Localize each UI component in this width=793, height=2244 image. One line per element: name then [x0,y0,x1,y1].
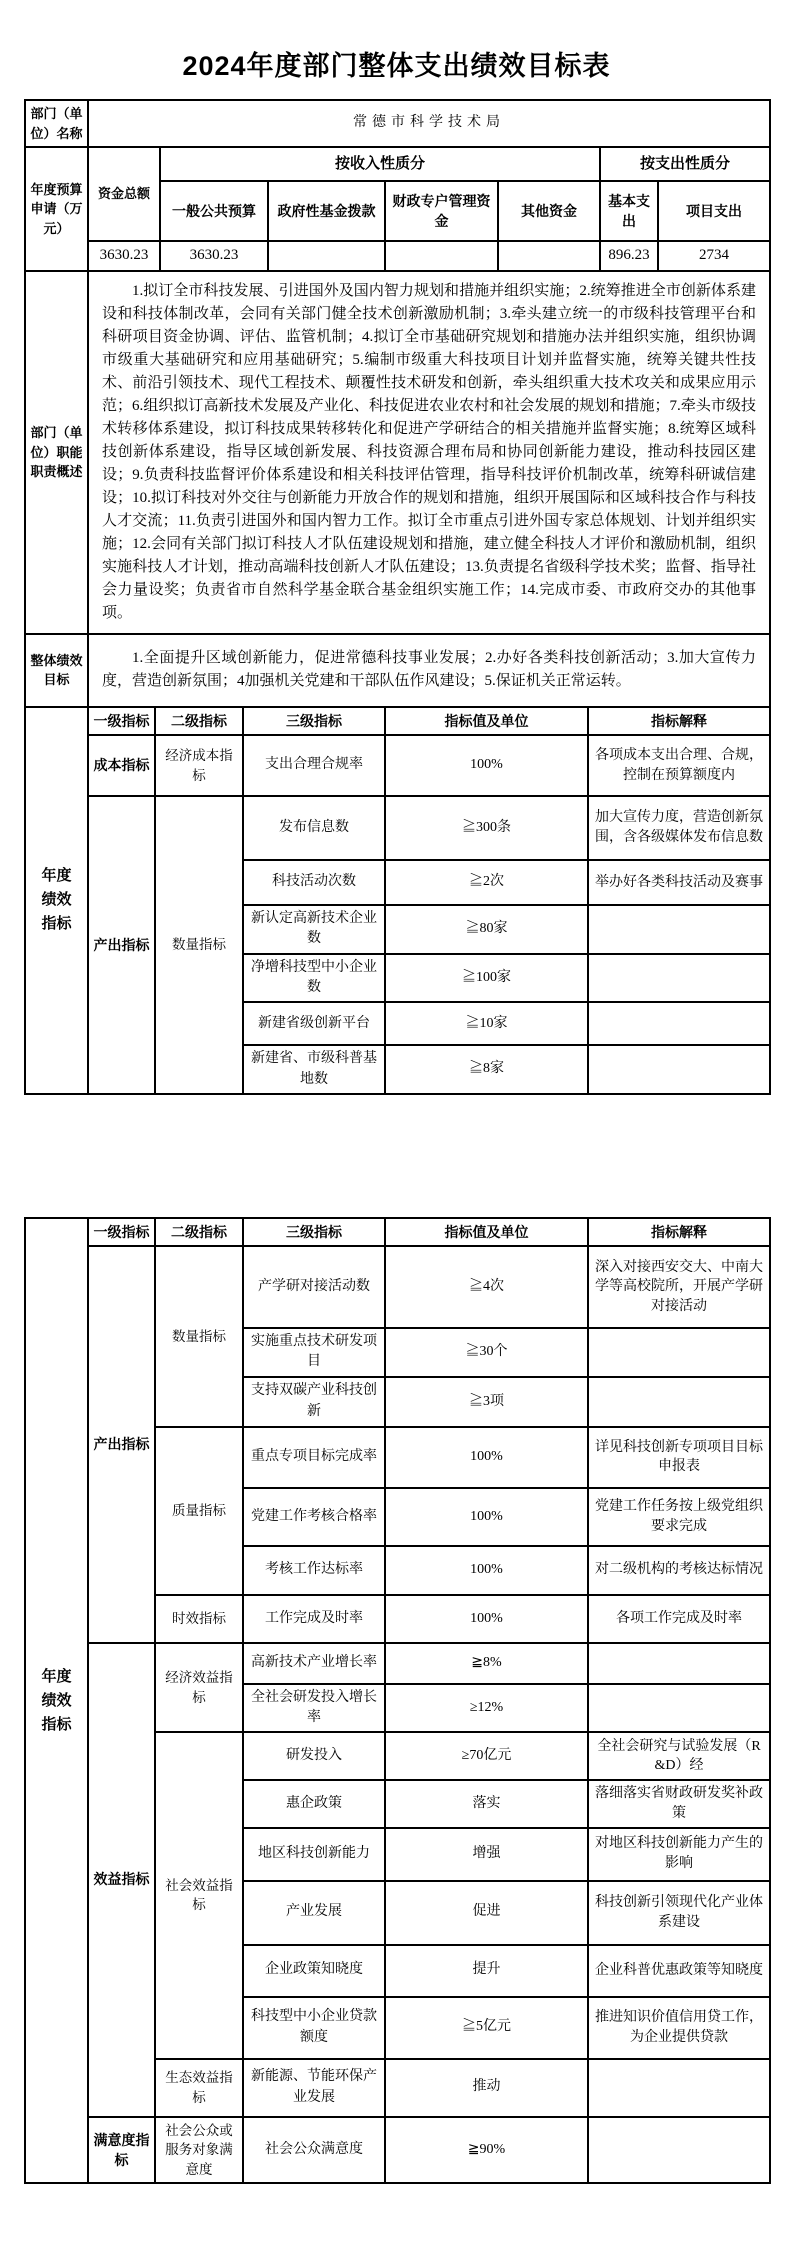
indicator-note [588,1377,770,1427]
indicator-l2: 质量指标 [155,1427,243,1595]
indicator-l3: 考核工作达标率 [243,1546,385,1595]
dept-name-label: 部门（单位）名称 [25,100,88,147]
indicator-l3: 新能源、节能环保产业发展 [243,2059,385,2117]
header-level2: 二级指标 [155,1218,243,1246]
budget-col-header-gov-fund: 政府性基金拨款 [268,181,385,241]
indicator-l3: 地区科技创新能力 [243,1828,385,1881]
indicator-l2: 生态效益指标 [155,2059,243,2117]
header-explanation: 指标解释 [588,707,770,735]
indicator-value: 100% [385,1546,588,1595]
budget-col-header-basic: 基本支出 [600,181,658,241]
header-explanation: 指标解释 [588,1218,770,1246]
indicator-note: 各项成本支出合理、合规，控制在预算额度内 [588,735,770,796]
indicator-l2: 经济效益指标 [155,1643,243,1733]
indicator-l3: 实施重点技术研发项目 [243,1328,385,1377]
annual-indicators-label: 年度绩效指标 [25,1218,88,2183]
budget-value-general: 3630.23 [160,241,268,271]
indicator-note: 详见科技创新专项项目目标申报表 [588,1427,770,1488]
indicator-l3: 惠企政策 [243,1780,385,1827]
table-row: 效益指标 经济效益指标 高新技术产业增长率 ≧8% [25,1643,770,1684]
indicator-value: ≧3项 [385,1377,588,1427]
indicator-l3: 支持双碳产业科技创新 [243,1377,385,1427]
indicator-note [588,1002,770,1045]
indicators-table-2: 年度绩效指标 一级指标 二级指标 三级指标 指标值及单位 指标解释 产出指标 数… [24,1217,771,2184]
indicator-l3: 新认定高新技术企业数 [243,905,385,954]
header-value-unit: 指标值及单位 [385,1218,588,1246]
indicator-l3: 高新技术产业增长率 [243,1643,385,1684]
indicator-value: ≧30个 [385,1328,588,1377]
indicator-value: 提升 [385,1945,588,1997]
dept-name-value: 常德市科学技术局 [88,100,770,147]
indicator-note [588,1684,770,1733]
indicator-note: 推进知识价值信用贷工作，为企业提供贷款 [588,1997,770,2059]
overall-goal-table: 整体绩效目标 1.全面提升区域创新能力，促进常德科技事业发展；2.办好各类科技创… [24,633,771,708]
indicator-l2: 社会效益指标 [155,1732,243,2058]
budget-value-other [498,241,600,271]
budget-col-header-general: 一般公共预算 [160,181,268,241]
indicator-note [588,1045,770,1094]
budget-value-project: 2734 [658,241,770,271]
overall-goal-label: 整体绩效目标 [25,634,88,707]
indicator-l3: 全社会研发投入增长率 [243,1684,385,1733]
indicator-value: 100% [385,1595,588,1643]
budget-expense-group-label: 按支出性质分 [600,147,770,181]
indicator-note [588,1328,770,1377]
indicator-value: 促进 [385,1881,588,1945]
indicator-value: 100% [385,1488,588,1546]
budget-value-fiscal-account [385,241,498,271]
indicator-l2: 经济成本指标 [155,735,243,796]
indicator-note: 对二级机构的考核达标情况 [588,1546,770,1595]
indicator-l3: 新建省级创新平台 [243,1002,385,1045]
indicator-l3: 净增科技型中小企业数 [243,954,385,1003]
header-level1: 一级指标 [88,707,155,735]
indicator-value: ≥12% [385,1684,588,1733]
budget-col-header-other: 其他资金 [498,181,600,241]
page-title: 2024年度部门整体支出绩效目标表 [24,44,769,83]
indicator-value: ≧2次 [385,860,588,905]
budget-table: 年度预算申请（万元） 资金总额 按收入性质分 按支出性质分 一般公共预算 政府性… [24,146,771,272]
indicator-note [588,1643,770,1684]
indicator-value: ≧8% [385,1643,588,1684]
indicator-l2: 数量指标 [155,796,243,1094]
indicator-value: ≧8家 [385,1045,588,1094]
indicator-note: 企业科普优惠政策等知晓度 [588,1945,770,1997]
budget-total-label: 资金总额 [88,147,160,241]
indicator-l1: 成本指标 [88,735,155,796]
indicator-note: 各项工作完成及时率 [588,1595,770,1643]
header-level3: 三级指标 [243,707,385,735]
indicator-note: 全社会研究与试验发展（R&D）经 [588,1732,770,1780]
overall-goal-text: 1.全面提升区域创新能力，促进常德科技事业发展；2.办好各类科技创新活动；3.加… [88,634,770,707]
header-level1: 一级指标 [88,1218,155,1246]
indicator-l3: 工作完成及时率 [243,1595,385,1643]
functions-label: 部门（单位）职能职责概述 [25,271,88,634]
indicator-value: ≧10家 [385,1002,588,1045]
indicator-note [588,2117,770,2184]
table-row: 产出指标 数量指标 产学研对接活动数 ≧4次 深入对接西安交大、中南大学等高校院… [25,1246,770,1328]
indicator-l3: 研发投入 [243,1732,385,1780]
indicator-value: ≧80家 [385,905,588,954]
indicator-l3: 新建省、市级科普基地数 [243,1045,385,1094]
indicator-note: 深入对接西安交大、中南大学等高校院所，开展产学研对接活动 [588,1246,770,1328]
functions-text: 1.拟订全市科技发展、引进国外及国内智力规划和措施并组织实施；2.统筹推进全市创… [88,271,770,634]
table-row: 成本指标 经济成本指标 支出合理合规率 100% 各项成本支出合理、合规，控制在… [25,735,770,796]
budget-income-group-label: 按收入性质分 [160,147,600,181]
budget-value-gov-fund [268,241,385,271]
indicator-note: 党建工作任务按上级党组织要求完成 [588,1488,770,1546]
indicator-value: ≧90% [385,2117,588,2184]
indicator-l3: 科技活动次数 [243,860,385,905]
header-value-unit: 指标值及单位 [385,707,588,735]
indicator-l2: 数量指标 [155,1246,243,1427]
table-row: 产出指标 数量指标 发布信息数 ≧300条 加大宣传力度，营造创新氛围，含各级媒… [25,796,770,860]
indicator-l2: 社会公众或服务对象满意度 [155,2117,243,2184]
indicator-value: ≧300条 [385,796,588,860]
budget-value-basic: 896.23 [600,241,658,271]
indicator-l1: 效益指标 [88,1643,155,2117]
indicators-table-1: 年度绩效指标 一级指标 二级指标 三级指标 指标值及单位 指标解释 成本指标 经… [24,706,771,1095]
indicator-value: 100% [385,735,588,796]
indicator-note [588,954,770,1003]
indicator-value: ≥70亿元 [385,1732,588,1780]
indicator-l3: 发布信息数 [243,796,385,860]
budget-total-value: 3630.23 [88,241,160,271]
indicator-value: ≧5亿元 [385,1997,588,2059]
document-page: 2024年度部门整体支出绩效目标表 部门（单位）名称 常德市科学技术局 年度预算… [0,0,793,2184]
indicator-note: 对地区科技创新能力产生的影响 [588,1828,770,1881]
functions-table: 部门（单位）职能职责概述 1.拟订全市科技发展、引进国外及国内智力规划和措施并组… [24,270,771,635]
indicator-l3: 产学研对接活动数 [243,1246,385,1328]
header-level3: 三级指标 [243,1218,385,1246]
indicator-value: 100% [385,1427,588,1488]
indicator-note [588,905,770,954]
indicator-l3: 企业政策知晓度 [243,1945,385,1997]
indicator-note [588,2059,770,2117]
indicator-value: ≧4次 [385,1246,588,1328]
indicator-l3: 科技型中小企业贷款额度 [243,1997,385,2059]
annual-indicators-label: 年度绩效指标 [25,707,88,1094]
table-row: 满意度指标 社会公众或服务对象满意度 社会公众满意度 ≧90% [25,2117,770,2184]
indicator-value: 推动 [385,2059,588,2117]
indicator-value: ≧100家 [385,954,588,1003]
indicator-l3: 社会公众满意度 [243,2117,385,2184]
indicator-value: 增强 [385,1828,588,1881]
header-level2: 二级指标 [155,707,243,735]
indicator-l3: 产业发展 [243,1881,385,1945]
indicator-note: 举办好各类科技活动及赛事 [588,860,770,905]
indicator-note: 科技创新引领现代化产业体系建设 [588,1881,770,1945]
indicator-l3: 支出合理合规率 [243,735,385,796]
indicator-note: 加大宣传力度，营造创新氛围，含各级媒体发布信息数 [588,796,770,860]
budget-col-header-project: 项目支出 [658,181,770,241]
indicator-l1: 满意度指标 [88,2117,155,2184]
indicator-l3: 重点专项目标完成率 [243,1427,385,1488]
indicator-l3: 党建工作考核合格率 [243,1488,385,1546]
indicator-l1: 产出指标 [88,1246,155,1643]
budget-row-label: 年度预算申请（万元） [25,147,88,271]
indicator-l2: 时效指标 [155,1595,243,1643]
indicator-note: 落细落实省财政研发奖补政策 [588,1780,770,1827]
dept-name-table: 部门（单位）名称 常德市科学技术局 [24,99,771,148]
indicator-value: 落实 [385,1780,588,1827]
indicator-l1: 产出指标 [88,796,155,1094]
budget-col-header-fiscal-account: 财政专户管理资金 [385,181,498,241]
